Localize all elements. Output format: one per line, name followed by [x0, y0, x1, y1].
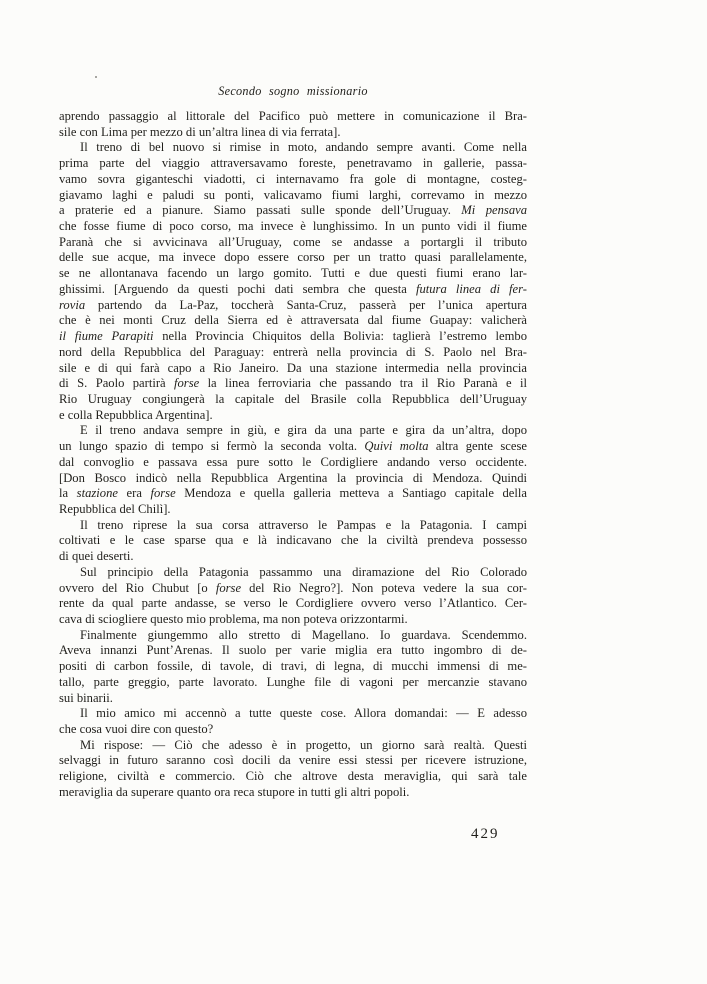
text-line: delle sue acque, ma invece dopo essere c… — [59, 250, 527, 266]
text-segment: selvaggi in futuro saranno così docili d… — [59, 753, 527, 767]
text-line: Paranà che si avvicinava all’Uruguay, co… — [59, 235, 527, 251]
text-line: che è nei monti Cruz della Sierra ed è a… — [59, 313, 527, 329]
text-line: religione, civiltà e commercio. Ciò che … — [59, 769, 527, 785]
text-segment: se ne allontanava facendo un largo gomit… — [59, 266, 527, 280]
text-line: E il treno andava sempre in giù, e gira … — [59, 423, 527, 439]
text-line: [Don Bosco indicò nella Repubblica Argen… — [59, 471, 527, 487]
text-segment: ghissimi. [Arguendo da questi pochi dati… — [59, 282, 416, 296]
text-line: sui binarii. — [59, 691, 527, 707]
text-segment: sui binarii. — [59, 691, 113, 705]
text-line: se ne allontanava facendo un largo gomit… — [59, 266, 527, 282]
page-number: 429 — [471, 824, 500, 844]
text-segment: sile con Lima per mezzo di un’altra line… — [59, 125, 340, 139]
text-line: vamo sovra giganteschi viadotti, ci inte… — [59, 172, 527, 188]
text-segment: la — [59, 486, 77, 500]
text-line: di quei deserti. — [59, 549, 527, 565]
text-line: giavamo laghi e paludi su ponti, valicav… — [59, 188, 527, 204]
text-segment: di quei deserti. — [59, 549, 134, 563]
text-segment: Il treno di bel nuovo si rimise in moto,… — [80, 140, 527, 154]
text-segment: rente da qual parte andasse, se verso le… — [59, 596, 527, 610]
text-segment: coltivati e le case sparse qua e là indi… — [59, 533, 527, 547]
text-line: e colla Repubblica Argentina]. — [59, 408, 527, 424]
text-line: rovia partendo da La-Paz, toccherà Santa… — [59, 298, 527, 314]
italic-text-segment: Mi pensava — [461, 203, 527, 217]
text-segment: Rio Uruguay congiungerà la capitale del … — [59, 392, 527, 406]
text-segment: nord della Repubblica del Paraguay: entr… — [59, 345, 527, 359]
text-segment: religione, civiltà e commercio. Ciò che … — [59, 769, 527, 783]
text-segment: Aveva innanzi Punt’Arenas. Il suolo per … — [59, 643, 527, 657]
text-line: Il mio amico mi accennò a tutte queste c… — [59, 706, 527, 722]
text-segment: partendo da La-Paz, toccherà Santa-Cruz,… — [85, 298, 527, 312]
italic-text-segment: rovia — [59, 298, 85, 312]
text-segment: Finalmente giungemmo allo stretto di Mag… — [80, 628, 527, 642]
text-line: Sul principio della Patagonia passammo u… — [59, 565, 527, 581]
text-segment: Il mio amico mi accennò a tutte queste c… — [80, 706, 527, 720]
text-line: Repubblica del Chilì]. — [59, 502, 527, 518]
text-segment: giavamo laghi e paludi su ponti, valicav… — [59, 188, 527, 202]
text-line: dal convoglio e passava essa pure sotto … — [59, 455, 527, 471]
text-segment: positi di carbon fossile, di tavole, di … — [59, 659, 527, 673]
text-segment: Repubblica del Chilì]. — [59, 502, 171, 516]
text-segment: prima parte del viaggio attraversavamo f… — [59, 156, 527, 170]
text-segment: [Don Bosco indicò nella Repubblica Argen… — [59, 471, 527, 485]
text-line: ghissimi. [Arguendo da questi pochi dati… — [59, 282, 527, 298]
text-segment: Paranà che si avvicinava all’Uruguay, co… — [59, 235, 527, 249]
text-segment: Mendoza e quella galleria metteva a Sant… — [176, 486, 527, 500]
text-segment: delle sue acque, ma invece dopo essere c… — [59, 250, 527, 264]
text-line: ovvero del Rio Chubut [o forse del Rio N… — [59, 581, 527, 597]
text-line: selvaggi in futuro saranno così docili d… — [59, 753, 527, 769]
text-segment: di S. Paolo partirà — [59, 376, 174, 390]
text-line: nord della Repubblica del Paraguay: entr… — [59, 345, 527, 361]
text-line: rente da qual parte andasse, se verso le… — [59, 596, 527, 612]
text-segment: altra gente scese — [429, 439, 527, 453]
text-segment: Mi rispose: — Ciò che adesso è in proget… — [80, 738, 527, 752]
text-line: positi di carbon fossile, di tavole, di … — [59, 659, 527, 675]
text-line: Mi rispose: — Ciò che adesso è in proget… — [59, 738, 527, 754]
text-line: coltivati e le case sparse qua e là indi… — [59, 533, 527, 549]
text-segment: sile e di qui farà capo a Rio Janeiro. D… — [59, 361, 527, 375]
running-header: Secondo sogno missionario — [59, 84, 527, 98]
text-segment: tallo, parte greggio, parte lavorato. Lu… — [59, 675, 527, 689]
text-segment: cava di sciogliere questo mio problema, … — [59, 612, 408, 626]
text-segment: Il treno riprese la sua corsa attraverso… — [80, 518, 527, 532]
text-segment: nella Provincia Chiquitos della Bolivia:… — [153, 329, 527, 343]
text-line: la stazione era forse Mendoza e quella g… — [59, 486, 527, 502]
text-segment: un lungo spazio di tempo si fermò la sec… — [59, 439, 364, 453]
italic-text-segment: forse — [150, 486, 175, 500]
text-segment: E il treno andava sempre in giù, e gira … — [80, 423, 527, 437]
text-segment: aprendo passaggio al littorale del Pacif… — [59, 109, 527, 123]
text-line: Finalmente giungemmo allo stretto di Mag… — [59, 628, 527, 644]
text-segment: era — [118, 486, 151, 500]
italic-text-segment: stazione — [77, 486, 118, 500]
italic-text-segment: Quivi molta — [364, 439, 428, 453]
text-segment: che fosse fiume di poco corso, ma invece… — [59, 219, 527, 233]
text-line: Rio Uruguay congiungerà la capitale del … — [59, 392, 527, 408]
text-segment: Sul principio della Patagonia passammo u… — [80, 565, 527, 579]
text-segment: meraviglia da superare quanto ora reca s… — [59, 785, 409, 799]
body-text: aprendo passaggio al littorale del Pacif… — [59, 109, 527, 801]
text-line: un lungo spazio di tempo si fermò la sec… — [59, 439, 527, 455]
text-segment: che cosa vuoi dire con questo? — [59, 722, 213, 736]
text-line: che fosse fiume di poco corso, ma invece… — [59, 219, 527, 235]
text-line: a praterie ed a pianure. Siamo passati s… — [59, 203, 527, 219]
text-line: il fiume Parapiti nella Provincia Chiqui… — [59, 329, 527, 345]
text-line: sile con Lima per mezzo di un’altra line… — [59, 125, 527, 141]
italic-text-segment: forse — [174, 376, 199, 390]
text-line: che cosa vuoi dire con questo? — [59, 722, 527, 738]
text-line: Il treno di bel nuovo si rimise in moto,… — [59, 140, 527, 156]
text-segment: vamo sovra giganteschi viadotti, ci inte… — [59, 172, 527, 186]
text-line: Il treno riprese la sua corsa attraverso… — [59, 518, 527, 534]
text-segment: a praterie ed a pianure. Siamo passati s… — [59, 203, 461, 217]
text-segment: che è nei monti Cruz della Sierra ed è a… — [59, 313, 527, 327]
italic-text-segment: il fiume Parapiti — [59, 329, 153, 343]
text-line: meraviglia da superare quanto ora reca s… — [59, 785, 527, 801]
text-segment: la linea ferroviaria che passando tra il… — [199, 376, 527, 390]
text-line: cava di sciogliere questo mio problema, … — [59, 612, 527, 628]
text-line: prima parte del viaggio attraversavamo f… — [59, 156, 527, 172]
text-line: sile e di qui farà capo a Rio Janeiro. D… — [59, 361, 527, 377]
text-line: di S. Paolo partirà forse la linea ferro… — [59, 376, 527, 392]
italic-text-segment: futura linea di fer- — [416, 282, 527, 296]
text-line: aprendo passaggio al littorale del Pacif… — [59, 109, 527, 125]
text-segment: ovvero del Rio Chubut [o — [59, 581, 216, 595]
book-page: Secondo sogno missionario aprendo passag… — [0, 0, 707, 984]
text-line: tallo, parte greggio, parte lavorato. Lu… — [59, 675, 527, 691]
text-segment: dal convoglio e passava essa pure sotto … — [59, 455, 527, 469]
text-line: Aveva innanzi Punt’Arenas. Il suolo per … — [59, 643, 527, 659]
text-segment: e colla Repubblica Argentina]. — [59, 408, 213, 422]
italic-text-segment: forse — [216, 581, 241, 595]
scan-speck — [95, 76, 97, 78]
text-segment: del Rio Negro?]. Non poteva vedere la su… — [241, 581, 527, 595]
